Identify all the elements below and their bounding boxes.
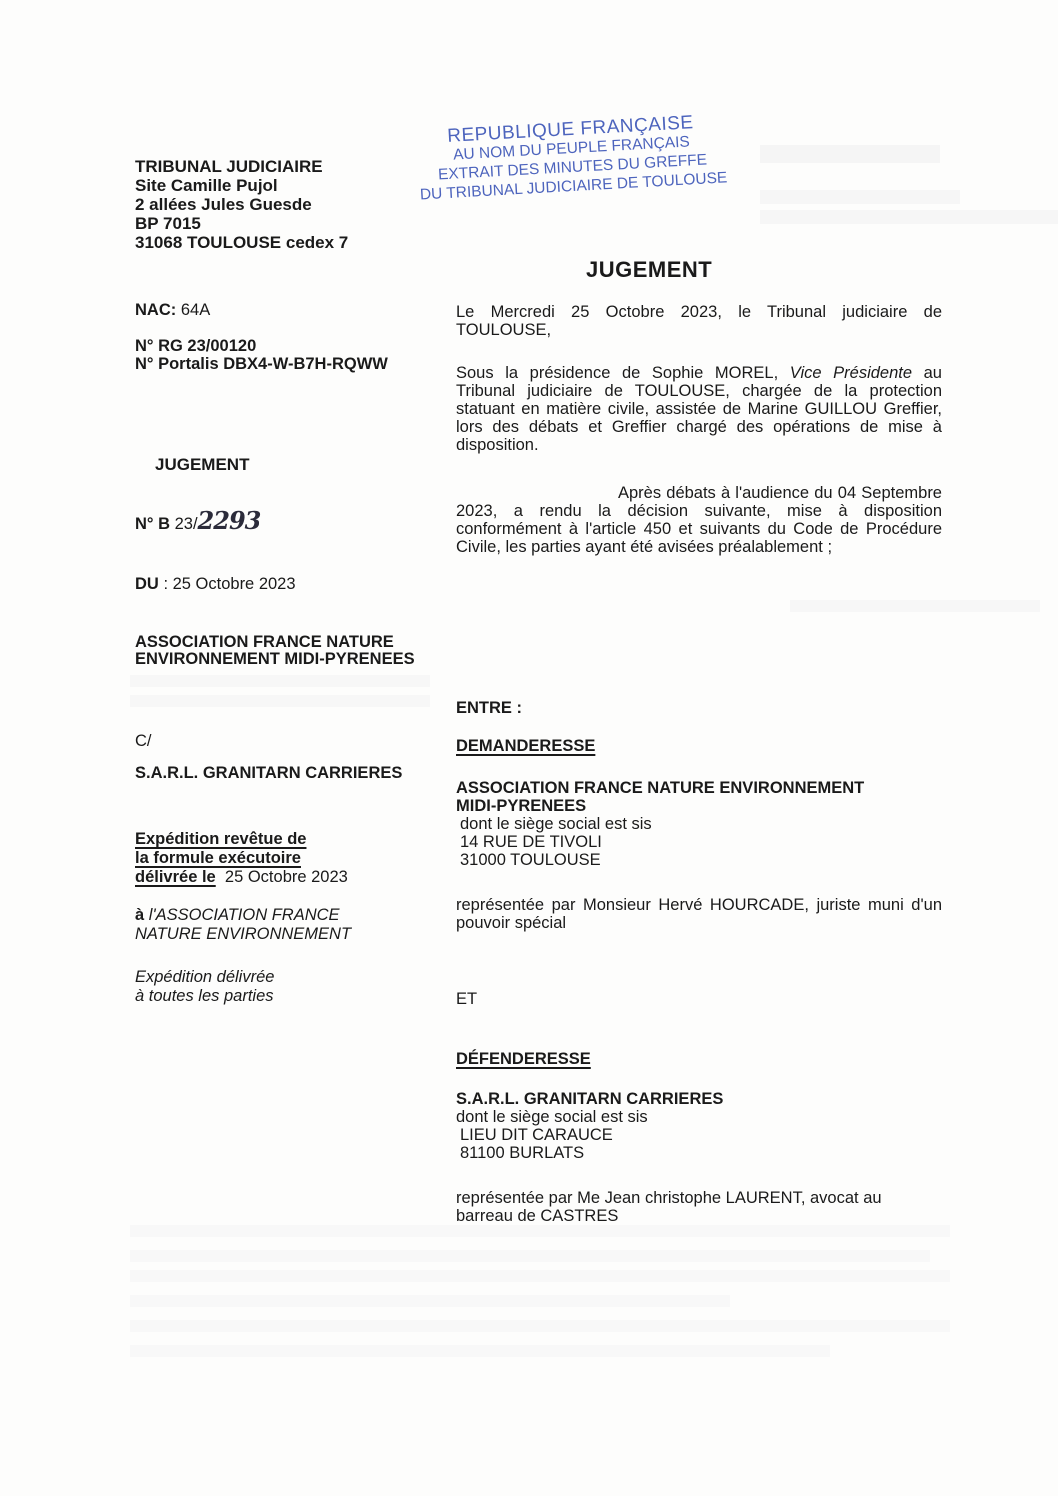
court-street: 2 allées Jules Guesde [135,195,348,214]
judgment-number: N° B 23/2293 [135,512,260,533]
expedition-date: 25 Octobre 2023 [225,868,348,886]
expedition-recipient: à l'ASSOCIATION FRANCE NATURE ENVIRONNEM… [135,906,351,944]
plaintiff-street: 14 RUE DE TIVOLI [456,833,942,851]
presidency-pre: Sous la présidence de Sophie MOREL, [456,364,790,382]
defendant-details: S.A.R.L. GRANITARN CARRIERES dont le siè… [456,1090,942,1162]
defendant-city: 81100 BURLATS [456,1144,942,1162]
defendant-name: S.A.R.L. GRANITARN CARRIERES [456,1090,942,1108]
expedition-line-2: la formule exécutoire [135,849,348,868]
du-value: : 25 Octobre 2023 [163,575,295,593]
plaintiff-summary: ASSOCIATION FRANCE NATURE ENVIRONNEMENT … [135,634,415,668]
court-name: TRIBUNAL JUDICIAIRE [135,157,348,176]
case-numbers: N° RG 23/00120 N° Portalis DBX4-W-B7H-RQ… [135,337,388,373]
defendant-role-heading: DÉFENDERESSE [456,1050,591,1068]
nac-label: NAC: [135,301,176,319]
court-site: Site Camille Pujol [135,176,348,195]
nac-value: 64A [181,301,210,319]
plaintiff-name-line-1: ASSOCIATION FRANCE NATURE ENVIRONNEMENT [456,779,942,797]
judgment-debates: Après débats à l'audience du 04 Septembr… [456,484,942,556]
expedition-executoire: Expédition revêtue de la formule exécuto… [135,830,348,887]
judgment-presidency: Sous la présidence de Sophie MOREL, Vice… [456,364,942,454]
plaintiff-seat: dont le siège social est sis [456,815,942,833]
plaintiff-details: ASSOCIATION FRANCE NATURE ENVIRONNEMENT … [456,779,942,869]
defendant-seat: dont le siège social est sis [456,1108,942,1126]
plaintiff-summary-line-1: ASSOCIATION FRANCE NATURE [135,634,415,651]
plaintiff-city: 31000 TOULOUSE [456,851,942,869]
number-label: N° B [135,515,170,533]
judgment-label-left: JUGEMENT [155,455,249,475]
plaintiff-summary-line-2: ENVIRONNEMENT MIDI-PYRENEES [135,651,415,668]
expedition-line-3: délivrée le [135,868,216,886]
defendant-street: LIEU DIT CARAUCE [456,1126,942,1144]
defendant-summary: S.A.R.L. GRANITARN CARRIERES [135,764,402,782]
expedition-line-1: Expédition revêtue de [135,830,348,849]
recipient-line-1: l'ASSOCIATION FRANCE [149,906,340,924]
portalis-number: N° Portalis DBX4-W-B7H-RQWW [135,355,388,373]
expedition-all-parties: Expédition délivrée à toutes les parties [135,968,274,1006]
court-city: 31068 TOULOUSE cedex 7 [135,233,348,252]
court-address: TRIBUNAL JUDICIAIRE Site Camille Pujol 2… [135,157,348,252]
versus-mark: C/ [135,732,152,750]
all-parties-line-2: à toutes les parties [135,987,274,1006]
judgment-title: JUGEMENT [586,257,712,283]
nac-code: NAC: 64A [135,301,210,319]
plaintiff-role-heading: DEMANDERESSE [456,737,595,755]
du-label: DU [135,575,159,593]
presidency-role: Vice Présidente [790,364,912,382]
recipient-prefix: à [135,906,144,924]
handwritten-number: 2293 [198,506,261,535]
all-parties-line-1: Expédition délivrée [135,968,274,987]
judgment-date: DU : 25 Octobre 2023 [135,575,296,593]
judgment-intro: Le Mercredi 25 Octobre 2023, le Tribunal… [456,303,942,339]
recipient-line-2: NATURE ENVIRONNEMENT [135,925,351,944]
defendant-representation: représentée par Me Jean christophe LAURE… [456,1189,942,1225]
number-prefix: 23/ [175,515,198,533]
plaintiff-representation: représentée par Monsieur Hervé HOURCADE,… [456,896,942,932]
entre-heading: ENTRE : [456,699,942,717]
court-stamp: REPUBLIQUE FRANÇAISE AU NOM DU PEUPLE FR… [390,110,754,206]
plaintiff-name-line-2: MIDI-PYRENEES [456,797,942,815]
et-separator: ET [456,990,942,1008]
court-bp: BP 7015 [135,214,348,233]
rg-number: N° RG 23/00120 [135,337,388,355]
